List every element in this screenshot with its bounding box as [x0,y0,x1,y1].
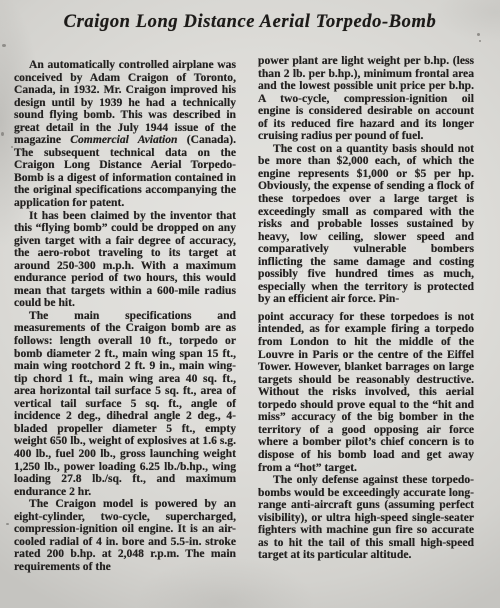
scan-speck [479,40,481,42]
article-paragraph: The main specifications and measurements… [14,310,236,498]
scan-speck [2,44,6,47]
article-paragraph: The cost on a quantity basis should not … [258,143,474,306]
scan-speck [6,523,9,525]
scan-speck [11,146,13,148]
article-paragraph: point accuracy for these torpedoes is no… [258,311,474,474]
article-paragraph: It has been claimed by the inventor that… [14,210,236,310]
article-title: Craigon Long Distance Aerial Torpedo-Bom… [0,12,500,33]
magazine-name: Commercial Aviation [70,133,177,146]
scanned-article-page: Craigon Long Distance Aerial Torpedo-Bom… [0,0,500,608]
article-paragraph: power plant are light weight per b.hp. (… [258,55,474,143]
scan-speck [1,132,4,136]
left-column: An automatically controlled airplane was… [14,59,236,573]
scan-speck [477,33,480,36]
article-paragraph: The only defense against these torpedo-b… [258,474,474,562]
article-paragraph: An automatically controlled airplane was… [14,59,236,210]
article-paragraph: The Craigon model is powered by an eight… [14,498,236,573]
right-column: power plant are light weight per b.hp. (… [258,55,474,562]
